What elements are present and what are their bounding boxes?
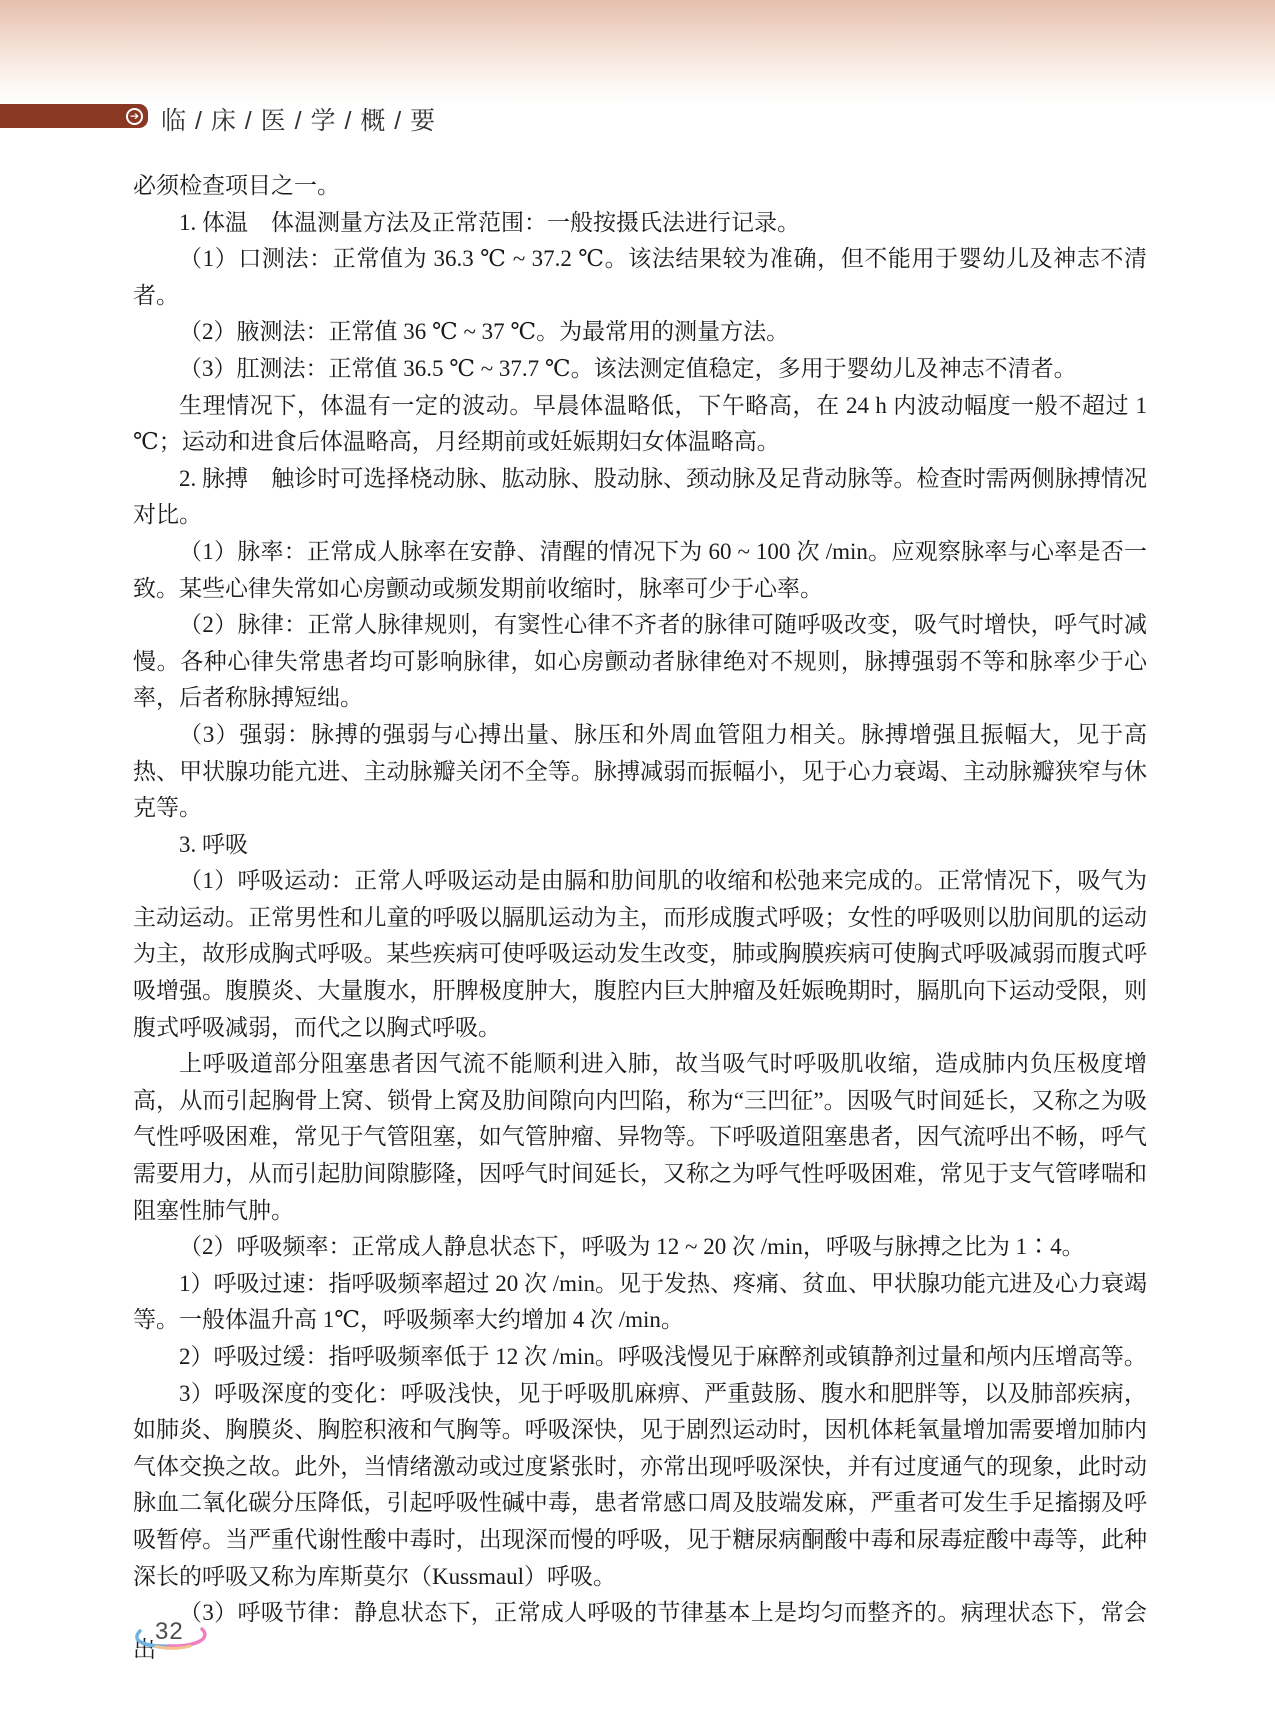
paragraph: （3）肛测法：正常值 36.5 ℃ ~ 37.7 ℃。该法测定值稳定，多用于婴幼… [133,351,1147,388]
book-title-header: 临 / 床 / 医 / 学 / 概 / 要 [161,101,436,137]
paragraph: 必须检查项目之一。 [133,168,1147,205]
paragraph: （1）脉率：正常成人脉率在安静、清醒的情况下为 60 ~ 100 次 /min。… [133,534,1147,607]
paragraph: 3）呼吸深度的变化：呼吸浅快，见于呼吸肌麻痹、严重鼓肠、腹水和肥胖等，以及肺部疾… [133,1376,1147,1596]
paragraph: （3）强弱：脉搏的强弱与心搏出量、脉压和外周血管阻力相关。脉搏增强且振幅大，见于… [133,717,1147,827]
body-text: 必须检查项目之一。1. 体温 体温测量方法及正常范围：一般按摄氏法进行记录。（1… [133,168,1147,1668]
paragraph: 1）呼吸过速：指呼吸频率超过 20 次 /min。见于发热、疼痛、贫血、甲状腺功… [133,1266,1147,1339]
paragraph: 生理情况下，体温有一定的波动。早晨体温略低，下午略高，在 24 h 内波动幅度一… [133,388,1147,461]
chapter-header-bar: ➔ [0,104,148,128]
paragraph: （2）呼吸频率：正常成人静息状态下，呼吸为 12 ~ 20 次 /min，呼吸与… [133,1229,1147,1266]
page-top-gradient [0,0,1275,106]
paragraph: 3. 呼吸 [133,827,1147,864]
paragraph: （2）脉律：正常人脉律规则，有窦性心律不齐者的脉律可随呼吸改变，吸气时增快，呼气… [133,607,1147,717]
paragraph: （2）腋测法：正常值 36 ℃ ~ 37 ℃。为最常用的测量方法。 [133,314,1147,351]
paragraph: （3）呼吸节律：静息状态下，正常成人呼吸的节律基本上是均匀而整齐的。病理状态下，… [133,1595,1147,1668]
paragraph: 1. 体温 体温测量方法及正常范围：一般按摄氏法进行记录。 [133,205,1147,242]
paragraph: （1）呼吸运动：正常人呼吸运动是由膈和肋间肌的收缩和松弛来完成的。正常情况下，吸… [133,863,1147,1046]
page-footer: 32 [133,1618,213,1658]
paragraph: 2）呼吸过缓：指呼吸频率低于 12 次 /min。呼吸浅慢见于麻醉剂或镇静剂过量… [133,1339,1147,1376]
paragraph: 2. 脉搏 触诊时可选择桡动脉、肱动脉、股动脉、颈动脉及足背动脉等。检查时需两侧… [133,461,1147,534]
paragraph: （1）口测法：正常值为 36.3 ℃ ~ 37.2 ℃。该法结果较为准确，但不能… [133,241,1147,314]
arrow-right-circle-icon: ➔ [126,108,143,125]
page-number: 32 [155,1618,184,1646]
paragraph: 上呼吸道部分阻塞患者因气流不能顺利进入肺，故当吸气时呼吸肌收缩，造成肺内负压极度… [133,1046,1147,1229]
